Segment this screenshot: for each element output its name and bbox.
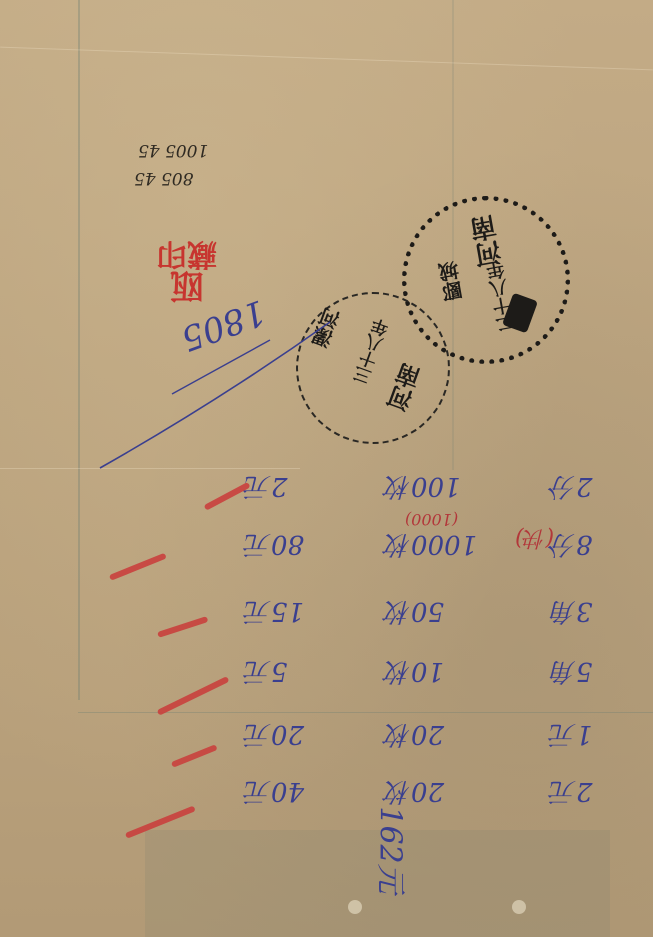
- ledger-total-cell: 15元: [245, 595, 304, 632]
- punch-hole: [348, 900, 362, 914]
- ledger-value: 1元: [550, 718, 593, 755]
- ledger-count: 20枚: [385, 718, 444, 755]
- ledger-value: 2分: [550, 470, 593, 507]
- punch-hole: [512, 900, 526, 914]
- ledger-total-cell: 2元: [245, 470, 288, 507]
- ledger-value: 2元: [550, 775, 593, 812]
- ledger-count: 100枚: [385, 470, 461, 507]
- ledger-count-note: (1000): [405, 510, 458, 529]
- ledger-total-value: 162元: [373, 806, 408, 893]
- ledger-total-cell: 80元: [245, 528, 304, 565]
- ledger-total-cell: 40元: [245, 775, 304, 812]
- ledger-count: 50枚: [385, 595, 444, 632]
- document-page: 1005 45 805 45 瓯 藏印 河南 二十八年 郾城 河南 三十八年 漯…: [0, 0, 653, 937]
- ledger-value: 3角: [550, 595, 593, 632]
- ledger-value: 5角: [550, 655, 593, 692]
- ledger-total: 162元: [372, 806, 416, 893]
- ledger-count: 1000枚: [385, 528, 477, 565]
- ledger-total-cell: 20元: [245, 718, 304, 755]
- ledger-value: 8分: [550, 528, 593, 565]
- ledger-total-cell: 5元: [245, 655, 288, 692]
- ledger-value-note: (快): [515, 524, 554, 555]
- ledger-count: 10枚: [385, 655, 444, 692]
